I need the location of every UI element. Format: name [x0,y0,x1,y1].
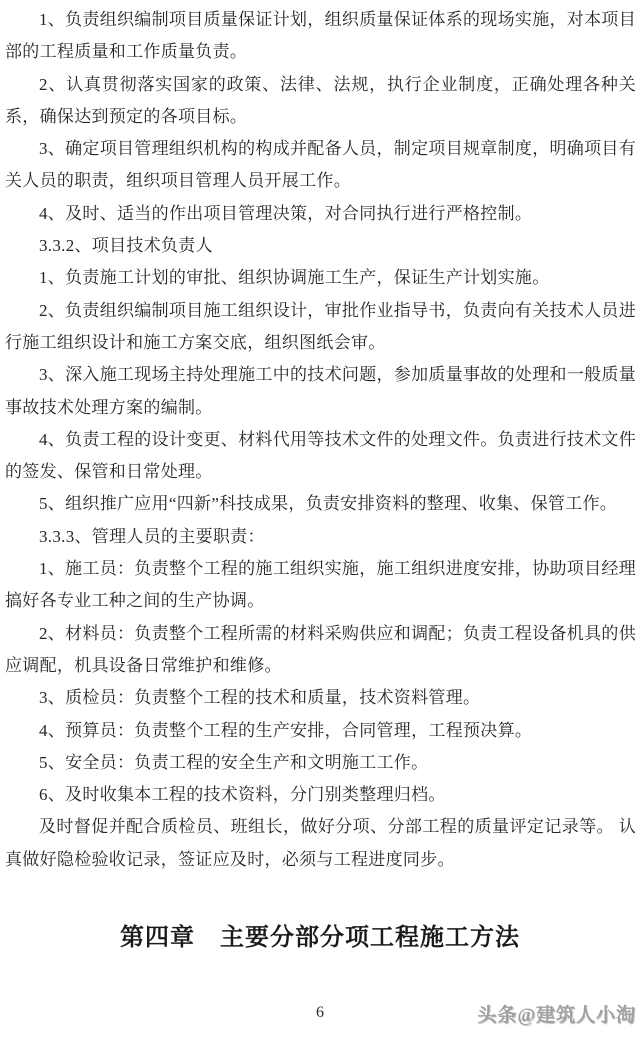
paragraph: 3、质检员：负责整个工程的技术和质量，技术资料管理。 [5,682,636,714]
paragraph: 2、负责组织编制项目施工组织设计，审批作业指导书，负责向有关技术人员进行施工组织… [5,295,636,360]
paragraph: 3、确定项目管理组织机构的构成并配备人员，制定项目规章制度，明确项目有关人员的职… [5,133,636,198]
paragraph: 及时督促并配合质检员、班组长，做好分项、分部工程的质量评定记录等。 认真做好隐检… [5,811,636,876]
document-page: 1、负责组织编制项目质量保证计划，组织质量保证体系的现场实施，对本项目部的工程质… [0,0,640,1040]
chapter-heading: 第四章 主要分部分项工程施工方法 [0,917,640,952]
paragraph: 5、组织推广应用“四新”科技成果，负责安排资料的整理、收集、保管工作。 [5,488,636,520]
paragraph: 1、负责组织编制项目质量保证计划，组织质量保证体系的现场实施，对本项目部的工程质… [5,4,636,69]
paragraph: 4、及时、适当的作出项目管理决策，对合同执行进行严格控制。 [5,198,636,230]
paragraph: 4、预算员：负责整个工程的生产安排，合同管理，工程预决算。 [5,715,636,747]
paragraph: 2、材料员：负责整个工程所需的材料采购供应和调配；负责工程设备机具的供应调配，机… [5,618,636,683]
paragraph: 1、施工员：负责整个工程的施工组织实施，施工组织进度安排，协助项目经理搞好各专业… [5,553,636,618]
section-heading-3-3-3: 3.3.3、管理人员的主要职责： [5,521,636,553]
paragraph: 6、及时收集本工程的技术资料，分门别类整理归档。 [5,779,636,811]
paragraph: 2、认真贯彻落实国家的政策、法律、法规，执行企业制度，正确处理各种关系，确保达到… [5,69,636,134]
paragraph: 5、安全员：负责工程的安全生产和文明施工工作。 [5,747,636,779]
paragraph: 3、深入施工现场主持处理施工中的技术问题，参加质量事故的处理和一般质量事故技术处… [5,359,636,424]
paragraph: 4、负责工程的设计变更、材料代用等技术文件的处理文件。负责进行技术文件的签发、保… [5,424,636,489]
paragraph: 1、负责施工计划的审批、组织协调施工生产，保证生产计划实施。 [5,262,636,294]
section-heading-3-3-2: 3.3.2、项目技术负责人 [5,230,636,262]
watermark: 头条@建筑人小淘 [477,1000,636,1027]
document-body: 1、负责组织编制项目质量保证计划，组织质量保证体系的现场实施，对本项目部的工程质… [5,4,636,894]
